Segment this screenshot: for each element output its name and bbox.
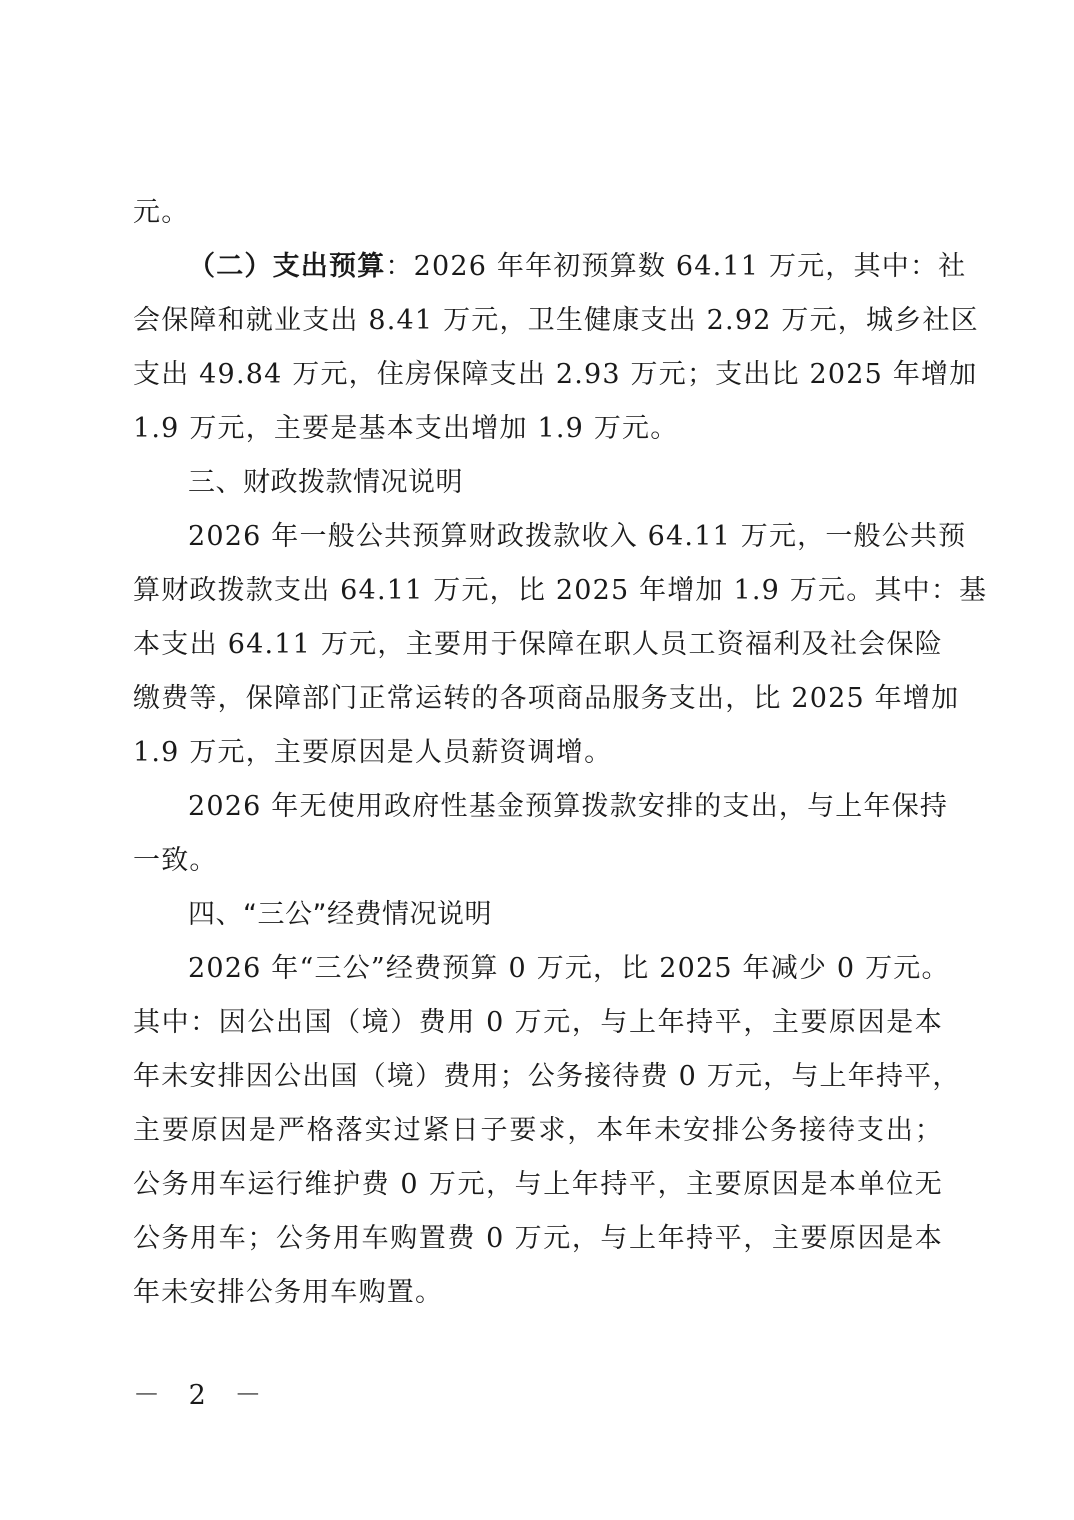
paragraph-line: 2026 年无使用政府性基金预算拨款安排的支出，与上年保持 <box>188 787 943 827</box>
paragraph-line: 缴费等，保障部门正常运转的各项商品服务支出，比 2025 年增加 <box>133 679 943 719</box>
paragraph-line: （二）支出预算：2026 年年初预算数 64.11 万元，其中：社 <box>188 247 943 287</box>
paragraph-line: 1.9 万元，主要是基本支出增加 1.9 万元。 <box>133 409 943 449</box>
paragraph-line: 公务用车；公务用车购置费 0 万元，与上年持平，主要原因是本 <box>133 1219 943 1259</box>
paragraph-line: 会保障和就业支出 8.41 万元，卫生健康支出 2.92 万元，城乡社区 <box>133 301 943 341</box>
paragraph-line: 支出 49.84 万元，住房保障支出 2.93 万元；支出比 2025 年增加 <box>133 355 943 395</box>
paragraph-line: 其中：因公出国（境）费用 0 万元，与上年持平，主要原因是本 <box>133 1003 943 1043</box>
page-number: － 2 － <box>133 1376 271 1416</box>
paragraph-line: 本支出 64.11 万元，主要用于保障在职人员工资福利及社会保险 <box>133 625 943 665</box>
paragraph-line: 年未安排公务用车购置。 <box>133 1273 943 1313</box>
section-heading: 三、财政拨款情况说明 <box>188 463 943 503</box>
paragraph-line: 2026 年一般公共预算财政拨款收入 64.11 万元，一般公共预 <box>188 517 943 557</box>
paragraph-line: 一致。 <box>133 841 943 881</box>
paragraph-line: 年未安排因公出国（境）费用；公务接待费 0 万元，与上年持平， <box>133 1057 943 1097</box>
paragraph-line: 元。 <box>133 193 943 233</box>
paragraph-line: 主要原因是严格落实过紧日子要求，本年未安排公务接待支出； <box>133 1111 943 1151</box>
paragraph-line: 1.9 万元，主要原因是人员薪资调增。 <box>133 733 943 773</box>
paragraph-line: 公务用车运行维护费 0 万元，与上年持平，主要原因是本单位无 <box>133 1165 943 1205</box>
paragraph-line: 算财政拨款支出 64.11 万元，比 2025 年增加 1.9 万元。其中：基 <box>133 571 943 611</box>
paragraph-line: 2026 年“三公”经费预算 0 万元，比 2025 年减少 0 万元。 <box>188 949 943 989</box>
subsection-label: （二）支出预算 <box>188 251 385 282</box>
section-heading: 四、“三公”经费情况说明 <box>188 895 943 935</box>
